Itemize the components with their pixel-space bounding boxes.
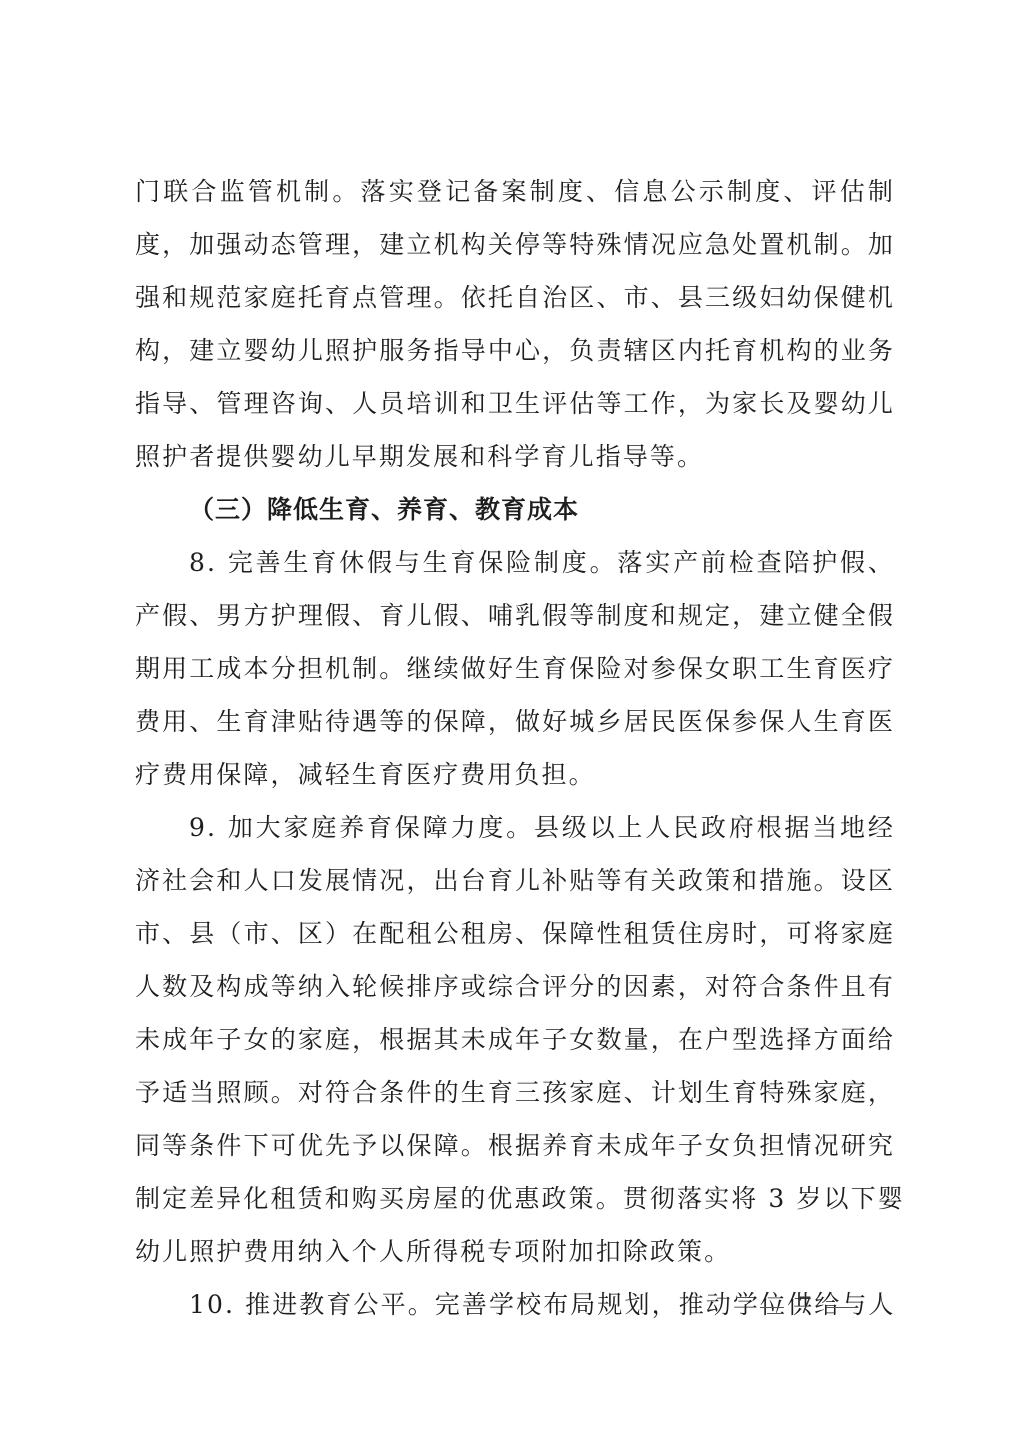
text-line: 予适当照顾。对符合条件的生育三孩家庭、计划生育特殊家庭， <box>135 1073 895 1113</box>
text-line: 指导、管理咨询、人员培训和卫生评估等工作，为家长及婴幼儿 <box>135 384 895 424</box>
text-line: 产假、男方护理假、育儿假、哺乳假等制度和规定，建立健全假 <box>135 596 895 636</box>
text-line: 照护者提供婴幼儿早期发展和科学育儿指导等。 <box>135 437 895 477</box>
text-line: 期用工成本分担机制。继续做好生育保险对参保女职工生育医疗 <box>135 649 895 689</box>
text-line: 幼儿照护费用纳入个人所得税专项附加扣除政策。 <box>135 1232 895 1272</box>
text-line: 8. 完善生育休假与生育保险制度。落实产前检查陪护假、 <box>189 543 895 583</box>
text-line: 强和规范家庭托育点管理。依托自治区、市、县三级妇幼保健机 <box>135 278 895 318</box>
page-number: 7 <box>798 1292 812 1322</box>
text-line: 人数及构成等纳入轮候排序或综合评分的因素，对符合条件且有 <box>135 967 895 1007</box>
document-page: 门联合监管机制。落实登记备案制度、信息公示制度、评估制度，加强动态管理，建立机构… <box>0 0 1024 1448</box>
text-line: 构，建立婴幼儿照护服务指导中心，负责辖区内托育机构的业务 <box>135 331 895 371</box>
text-line: 济社会和人口发展情况，出台育儿补贴等有关政策和措施。设区 <box>135 861 895 901</box>
page-footer: 7 <box>760 1292 850 1322</box>
text-line: 9. 加大家庭养育保障力度。县级以上人民政府根据当地经 <box>189 808 895 848</box>
text-line: 度，加强动态管理，建立机构关停等特殊情况应急处置机制。加 <box>135 225 895 265</box>
text-line: 未成年子女的家庭，根据其未成年子女数量，在户型选择方面给 <box>135 1020 895 1060</box>
footer-dash-right <box>826 1307 850 1308</box>
section-heading: （三）降低生育、养育、教育成本 <box>189 490 579 530</box>
text-line: 市、县（市、区）在配租公租房、保障性租赁住房时，可将家庭 <box>135 914 895 954</box>
text-line: 疗费用保障，减轻生育医疗费用负担。 <box>135 755 895 795</box>
text-line: 制定差异化租赁和购买房屋的优惠政策。贯彻落实将 3 岁以下婴 <box>135 1179 895 1219</box>
text-line: 同等条件下可优先予以保障。根据养育未成年子女负担情况研究 <box>135 1126 895 1166</box>
text-line: 门联合监管机制。落实登记备案制度、信息公示制度、评估制 <box>135 172 895 212</box>
text-line: 费用、生育津贴待遇等的保障，做好城乡居民医保参保人生育医 <box>135 702 895 742</box>
footer-dash-left <box>760 1307 784 1308</box>
